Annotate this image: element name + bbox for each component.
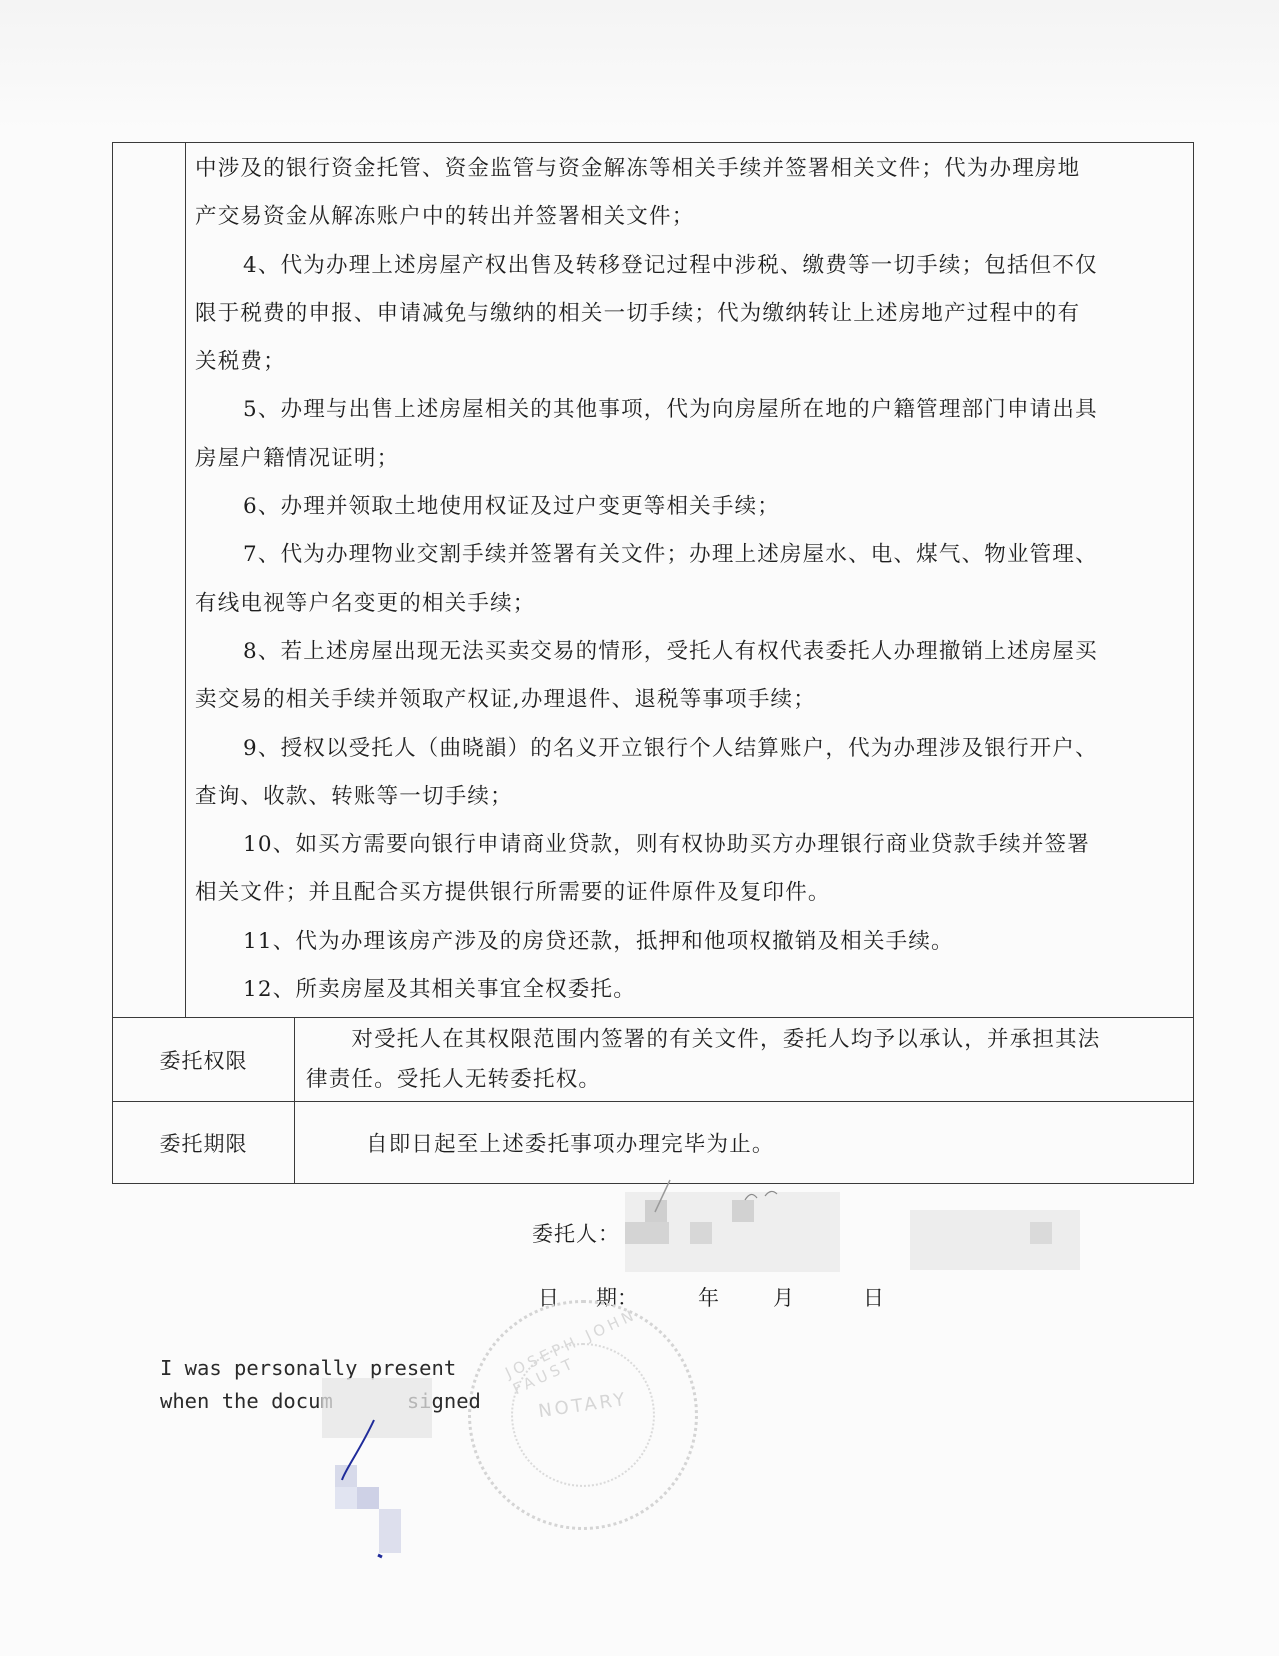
notary-seal: JOSEPH JOHN FAUST NOTARY [468,1300,698,1530]
date-month: 月 [773,1282,794,1312]
matters-line: 关税费； [195,338,1179,386]
scan-shadow [0,0,1279,130]
matters-line: 5、办理与出售上述房屋相关的其他事项，代为向房屋所在地的户籍管理部门申请出具 [195,386,1179,434]
matters-line: 12、所卖房屋及其相关事宜全权委托。 [195,966,1179,1014]
matters-line: 卖交易的相关手续并领取产权证,办理退件、退税等事项手续； [195,676,1179,724]
matters-line: 房屋户籍情况证明； [195,435,1179,483]
matters-line: 中涉及的银行资金托管、资金监管与资金解冻等相关手续并签署相关文件；代为办理房地 [195,145,1179,193]
power-of-attorney-table: 中涉及的银行资金托管、资金监管与资金解冻等相关手续并签署相关文件；代为办理房地产… [112,142,1194,1184]
matters-line: 8、若上述房屋出现无法买卖交易的情形，受托人有权代表委托人办理撤销上述房屋买 [195,628,1179,676]
matters-line: 限于税费的申报、申请减免与缴纳的相关一切手续；代为缴纳转让上述房地产过程中的有 [195,290,1179,338]
matters-label-cell [113,143,186,1017]
term-label: 委托期限 [113,1102,295,1183]
notary-line-1: I was personally present [160,1352,481,1385]
term-text: 自即日起至上述委托事项办理完毕为止。 [306,1102,1181,1183]
entrusted-matters-row: 中涉及的银行资金托管、资金监管与资金解冻等相关手续并签署相关文件；代为办理房地产… [113,143,1193,1018]
matters-line: 相关文件；并且配合买方提供银行所需要的证件原件及复印件。 [195,869,1179,917]
notary-pen-stroke [330,1400,430,1580]
signature-pen-stroke [650,1172,790,1232]
matters-line: 有线电视等户名变更的相关手续； [195,580,1179,628]
authority-label: 委托权限 [113,1018,295,1101]
matters-line: 查询、收款、转账等一切手续； [195,773,1179,821]
matters-line: 6、办理并领取土地使用权证及过户变更等相关手续； [195,483,1179,531]
authority-text: 对受托人在其权限范围内签署的有关文件，委托人均予以承认，并承担其法 律责任。受托… [306,1018,1181,1103]
date-day: 日 [863,1282,884,1312]
authority-row: 委托权限 对受托人在其权限范围内签署的有关文件，委托人均予以承认，并承担其法 律… [113,1018,1193,1102]
matters-line: 4、代为办理上述房屋产权出售及转移登记过程中涉税、缴费等一切手续；包括但不仅 [195,242,1179,290]
matters-line: 9、授权以受托人（曲晓韻）的名义开立银行个人结算账户，代为办理涉及银行开户、 [195,725,1179,773]
matters-line: 11、代为办理该房产涉及的房贷还款，抵押和他项权撤销及相关手续。 [195,918,1179,966]
matters-line: 7、代为办理物业交割手续并签署有关文件；办理上述房屋水、电、煤气、物业管理、 [195,531,1179,579]
matters-line: 10、如买方需要向银行申请商业贷款，则有权协助买方办理银行商业贷款手续并签署 [195,821,1179,869]
authority-line: 律责任。受托人无转委托权。 [306,1060,1181,1100]
authority-line: 对受托人在其权限范围内签署的有关文件，委托人均予以承认，并承担其法 [306,1020,1181,1060]
notary-line-2: when the docum signed [160,1385,481,1418]
entrusted-matters-text: 中涉及的银行资金托管、资金监管与资金解冻等相关手续并签署相关文件；代为办理房地产… [195,145,1179,1014]
notary-statement: I was personally present when the docum … [160,1352,481,1418]
principal-signature-label: 委托人： [532,1218,620,1248]
term-row: 委托期限 自即日起至上述委托事项办理完毕为止。 [113,1102,1193,1183]
matters-line: 产交易资金从解冻账户中的转出并签署相关文件； [195,193,1179,241]
date-year: 年 [698,1282,719,1312]
